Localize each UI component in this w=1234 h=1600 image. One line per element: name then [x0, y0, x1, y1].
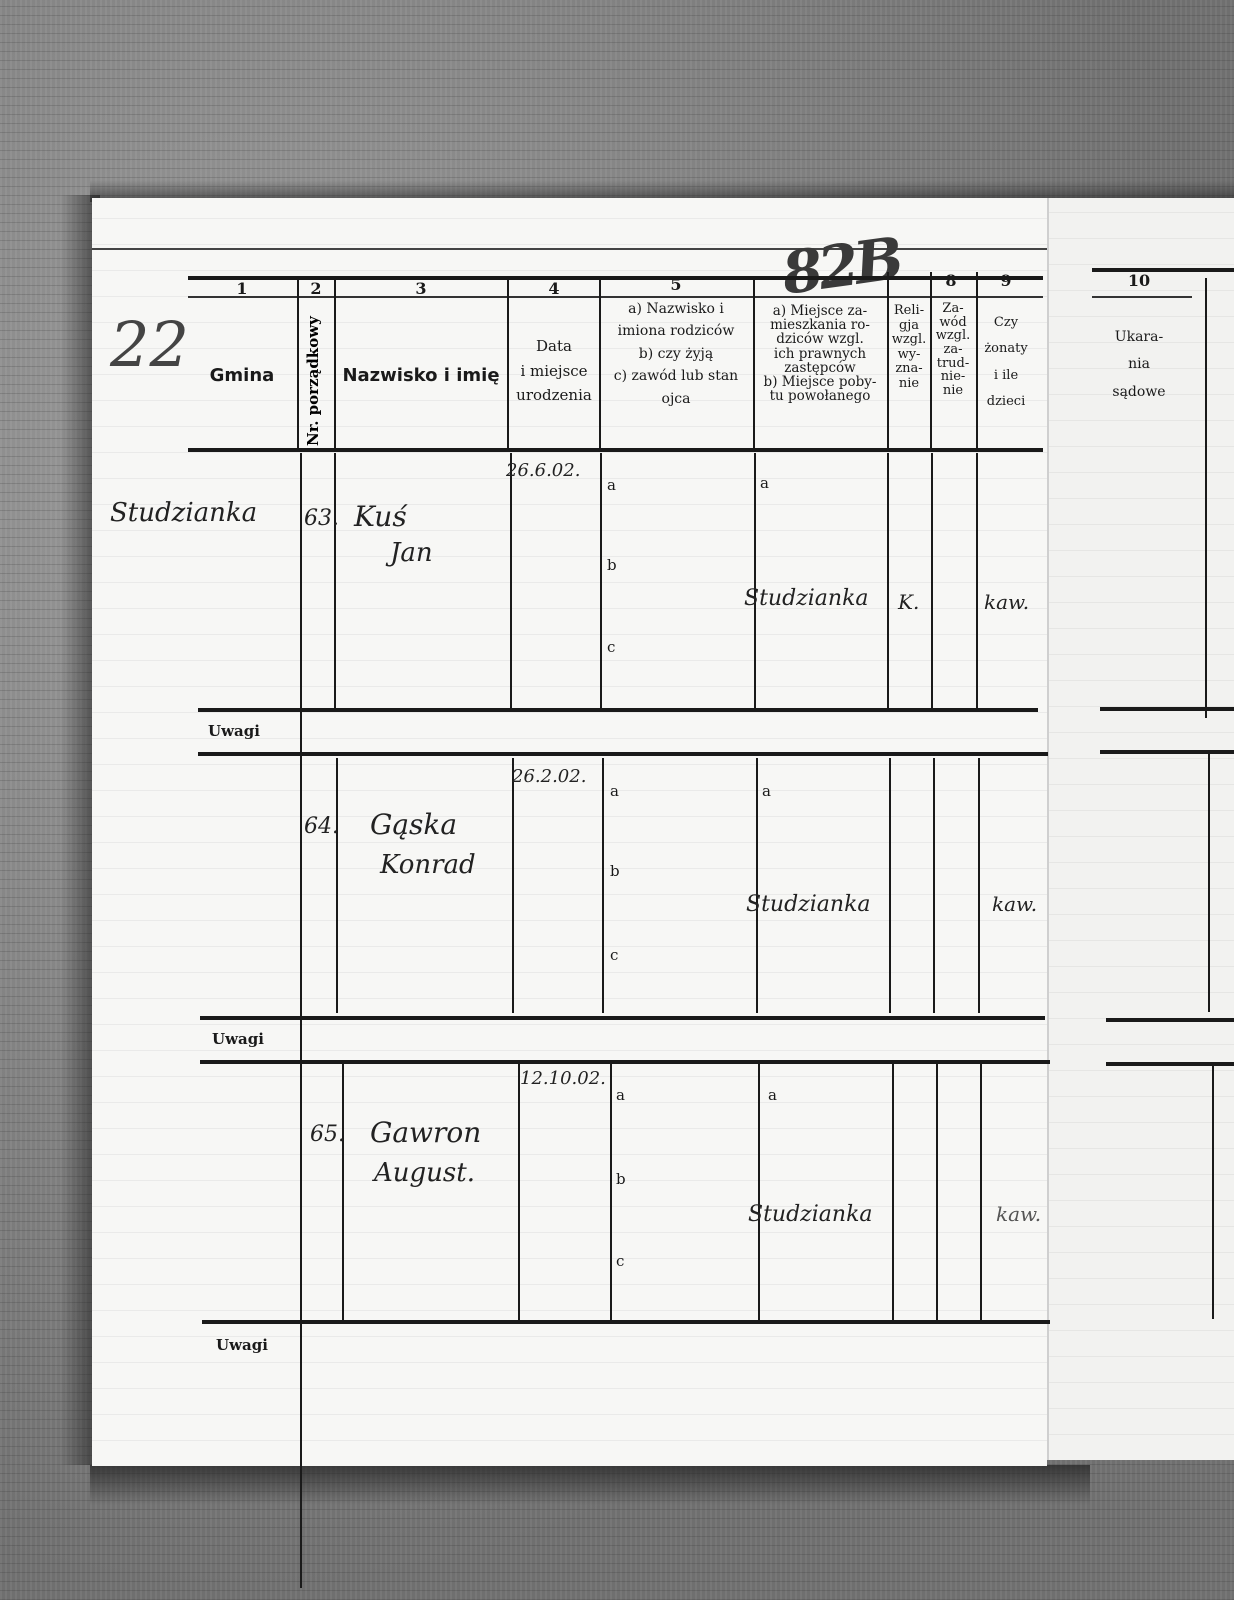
col-5-label: a) Nazwisko i imiona rodziców b) czy żyj… [600, 302, 752, 407]
col-4-label: Data i miejsce urodzenia [508, 338, 600, 404]
remarks-label: Uwagi [216, 1336, 268, 1354]
entry-nr: 64. [304, 814, 339, 839]
col-3-num: 3 [336, 280, 506, 298]
sub-label-a: a [616, 1086, 625, 1104]
margin-number: 22 [110, 308, 189, 381]
remarks-label: Uwagi [208, 722, 260, 740]
col-10-label: Ukara- nia sądowe [1092, 330, 1186, 400]
col-8-num: 8 [930, 272, 972, 290]
entry-given-name: Jan [390, 538, 433, 568]
hdr-vline [753, 276, 755, 448]
col-10-num: 10 [1092, 272, 1186, 290]
entry-gmina: Studzianka [110, 498, 257, 528]
entry-residence: Studzianka [744, 586, 869, 611]
col-3-label: Nazwisko i imię [336, 366, 506, 386]
sub-label-c: c [607, 638, 615, 656]
col-5-num: 5 [600, 276, 752, 294]
col-1-num: 1 [188, 280, 296, 298]
entry-given-name: Konrad [380, 850, 476, 880]
entry-surname: Kuś [354, 500, 407, 533]
entry-residence: Studzianka [746, 892, 871, 917]
entry-surname: Gawron [370, 1116, 481, 1149]
col-1-label: Gmina [188, 366, 296, 386]
entry-surname: Gąska [370, 808, 457, 841]
hdr-vline [930, 272, 932, 448]
entry-nr: 65. [310, 1122, 345, 1147]
col-4-num: 4 [508, 280, 600, 298]
entry-marital: kaw. [984, 590, 1029, 614]
remarks-bottom-rule [198, 752, 1048, 756]
header-bottom-rule [188, 448, 1043, 452]
hdr-vline [599, 280, 601, 450]
entry-marital: kaw. [992, 892, 1037, 916]
remarks-bottom-rule [200, 1060, 1050, 1064]
hdr-vline [976, 272, 978, 448]
entry-residence: Studzianka [748, 1202, 873, 1227]
col-9-num: 9 [976, 272, 1036, 290]
remarks-top-rule [198, 708, 1038, 712]
entry-nr: 63. [304, 506, 339, 531]
col-2-label: Nr. porządkowy [304, 316, 322, 446]
remarks-label: Uwagi [212, 1030, 264, 1048]
entry-given-name: August. [374, 1158, 475, 1188]
col-9-label: Czy żonaty i ile dzieci [976, 316, 1036, 409]
col-7-label: Reli- gja wzgl. wy- zna- nie [888, 304, 930, 391]
col-6-label: a) Miejsce za- mieszkania ro- dziców wzg… [754, 304, 886, 403]
sub-label-b: b [610, 862, 620, 880]
sub-label-b: b [616, 1170, 626, 1188]
hdr-vline [297, 280, 299, 450]
hdr-vline [507, 280, 509, 450]
entry-birth-date: 12.10.02. [520, 1068, 606, 1089]
page-shadow-bottom [90, 1465, 1090, 1505]
entry-religion: K. [898, 590, 919, 614]
sub-label-a: a [762, 782, 771, 800]
hdr-vline [887, 272, 889, 448]
sub-label-c: c [610, 946, 618, 964]
hdr-vline [334, 280, 336, 450]
spine-vline [300, 453, 302, 1588]
sub-label-a: a [768, 1086, 777, 1104]
remarks-top-rule [200, 1016, 1045, 1020]
register-page: 82B 22 1 2 3 4 5 8 9 Gmina Nr. porządkow… [92, 198, 1047, 1466]
sub-label-a: a [760, 474, 769, 492]
entry-birth-date: 26.2.02. [512, 766, 586, 787]
top-rule [92, 248, 1047, 250]
sub-label-c: c [616, 1252, 624, 1270]
sub-label-a: a [607, 476, 616, 494]
remarks-top-rule [202, 1320, 1050, 1324]
col-2-num: 2 [298, 280, 334, 298]
sub-label-a: a [610, 782, 619, 800]
col-8-label: Za- wód wzgl. za- trud- nie- nie [932, 302, 974, 397]
entry-marital: kaw. [996, 1202, 1041, 1226]
entry-birth-date: 26.6.02. [506, 460, 580, 481]
sub-label-b: b [607, 556, 617, 574]
